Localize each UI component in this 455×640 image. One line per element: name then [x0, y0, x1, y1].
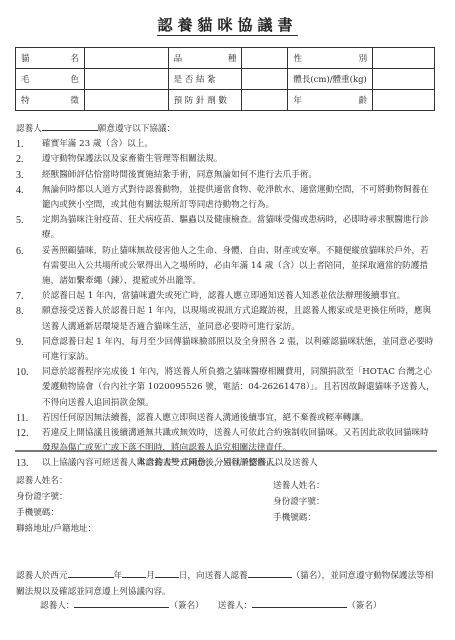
adopter-address-field[interactable]: 聯絡地址/戶籍地址：: [16, 521, 96, 537]
label-size-weight: 體長(cm)/體重(kg): [288, 69, 373, 90]
field-features[interactable]: [84, 90, 168, 111]
table-row: 毛色 是 否 結 紮 體長(cm)/體重(kg): [16, 69, 435, 90]
list-item: 2.遵守動物保護法以及家畜衛生管理等相關法規。: [16, 152, 436, 167]
cat-info-table: 貓名 品種 性別 毛色 是 否 結 紮 體長(cm)/體重(kg) 特徵 預 防…: [15, 47, 435, 111]
label-features: 特徵: [16, 90, 85, 111]
giver-phone-field[interactable]: 手機號碼：: [273, 510, 325, 526]
giver-signature-blank[interactable]: [252, 598, 347, 608]
section-divider: [15, 450, 437, 452]
field-neutered[interactable]: [242, 69, 288, 90]
adopter-phone-field[interactable]: 手機號碼：: [16, 505, 96, 521]
list-item: 8.願意接受送養人於認養日起 1 年內，以現場或視訊方式追蹤訪視，且認養人搬家或…: [16, 304, 436, 334]
giver-name-field[interactable]: 送養人姓名：: [273, 478, 325, 494]
year-blank[interactable]: [68, 568, 114, 578]
field-cat-name[interactable]: [84, 48, 168, 69]
document-title: 認養貓咪協議書: [0, 14, 455, 35]
adopter-info: 認養人姓名： 身份證字號： 手機號碼： 聯絡地址/戶籍地址：: [16, 473, 96, 537]
field-sex[interactable]: [373, 48, 435, 69]
label-breed: 品種: [168, 48, 242, 69]
field-breed[interactable]: [242, 48, 288, 69]
day-blank[interactable]: [155, 568, 179, 578]
list-item: 1.確實年滿 23 歲（含）以上。: [16, 137, 436, 152]
adopter-signature-blank[interactable]: [74, 598, 169, 608]
month-blank[interactable]: [122, 568, 146, 578]
agreement-body: 認養人願意遵守以下協議： 1.確實年滿 23 歲（含）以上。 2.遵守動物保護法…: [16, 121, 436, 472]
cat-name-blank[interactable]: [248, 568, 292, 578]
table-row: 特徵 預 防 針 劑 數 年齡: [16, 90, 435, 111]
field-age[interactable]: [373, 90, 435, 111]
adopter-name-field[interactable]: 認養人姓名：: [16, 473, 96, 489]
list-item: 3.經獸醫師評估恰當時間後實施結紮手術，同意無論如何不進行去爪手術。: [16, 168, 436, 183]
adopter-id-field[interactable]: 身份證字號：: [16, 489, 96, 505]
giver-id-field[interactable]: 身份證字號：: [273, 494, 325, 510]
list-item: 5.定期為貓咪注射疫苗、狂犬病疫苗、驅蟲以及健康檢查。當貓咪受傷或患病時，必即時…: [16, 213, 436, 243]
label-age: 年齡: [288, 90, 373, 111]
list-item: 4.無論何時都以人道方式對待認養動物，並提供適當食物、乾淨飲水、適當運動空間，不…: [16, 183, 436, 213]
agreement-items: 1.確實年滿 23 歲（含）以上。 2.遵守動物保護法以及家畜衛生管理等相關法規…: [16, 137, 436, 471]
field-vaccines[interactable]: [242, 90, 288, 111]
label-cat-name: 貓名: [16, 48, 85, 69]
copies-note: 本合約書一式兩份，分別執予認養人以及送養人: [0, 456, 455, 468]
list-item: 11.若因任何原因無法續養，認養人應立即與送養人溝通後續事宜，絕不棄養或輕率轉讓…: [16, 411, 436, 426]
giver-info: 送養人姓名： 身份證字號： 手機號碼：: [273, 478, 325, 526]
list-item: 6.妥善照顧貓咪，防止貓咪無故侵害他人之生命、身體、自由、財產或安寧。不隨便縱放…: [16, 244, 436, 290]
list-item: 7.於認養日起 1 年內，當貓咪遺失或死亡時，認養人應立即通知送養人知悉並依法辦…: [16, 289, 436, 304]
closing-statement: 認養人於西元年月日，向送養人認養（貓名），並同意遵守動物保護法等相關法規以及確認…: [16, 568, 436, 600]
label-vaccines: 預 防 針 劑 數: [168, 90, 242, 111]
field-size-weight[interactable]: [373, 69, 435, 90]
adopter-name-blank[interactable]: [42, 121, 98, 131]
label-sex: 性別: [288, 48, 373, 69]
signature-line: 認養人： （簽名） 送養人： （簽名）: [40, 598, 382, 611]
field-coat-color[interactable]: [84, 69, 168, 90]
table-row: 貓名 品種 性別: [16, 48, 435, 69]
label-neutered: 是 否 結 紮: [168, 69, 242, 90]
list-item: 9.同意認養日起 1 年內，每月至少回傳貓咪臉部照以及全身照各 2 張，以利確認…: [16, 335, 436, 365]
list-item: 10.同意於認養程序完成後 1 年內，將送養人所負擔之貓咪醫療相關費用，同額捐款…: [16, 365, 436, 411]
label-coat-color: 毛色: [16, 69, 85, 90]
intro-line: 認養人願意遵守以下協議：: [16, 121, 436, 137]
